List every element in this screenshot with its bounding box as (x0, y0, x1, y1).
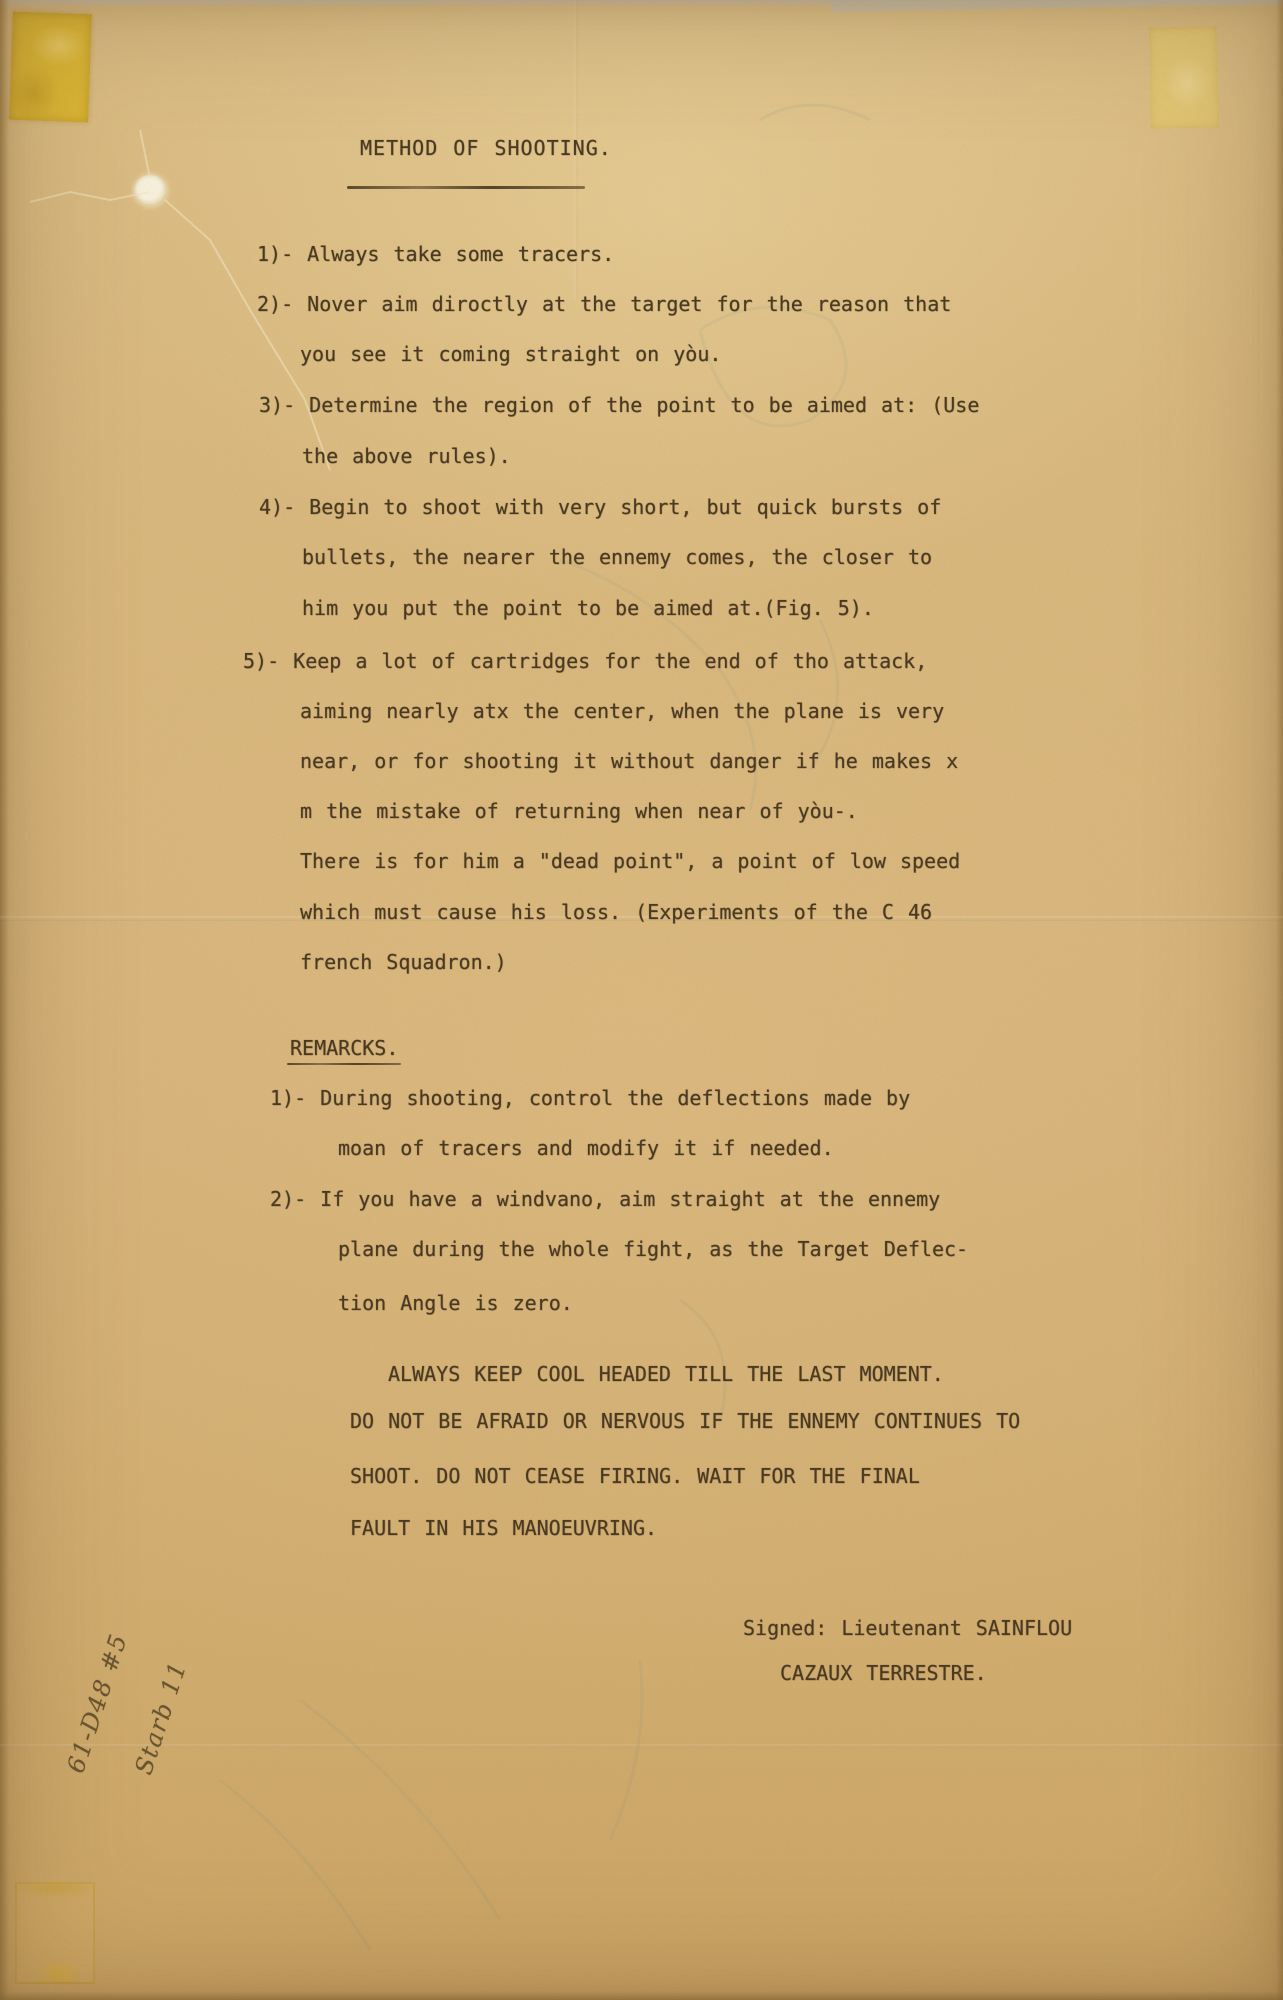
list-item-5-cont: which must cause his loss. (Experiments … (300, 901, 932, 924)
list-item-4-cont: him you put the point to be aimed at.(Fi… (302, 597, 874, 620)
scanned-document-page: METHOD OF SHOOTING. 1)- Always take some… (0, 0, 1283, 2000)
handwritten-note-line: Starb 11 (110, 1584, 218, 1832)
tape-top-right (1149, 26, 1219, 128)
signature-line: Signed: Lieutenant SAINFLOU (743, 1617, 1072, 1640)
heading-underline (347, 186, 585, 189)
handwritten-note: 61-D48 #5 Starb 11 (18, 1554, 280, 1852)
list-item-2: 2)- Nover aim diroctly at the target for… (257, 293, 951, 316)
list-item-5-cont: french Squadron.) (300, 951, 507, 974)
page-bottom-edge (0, 1991, 1283, 2000)
list-item-5-cont: There is for him a "dead point", a point… (300, 850, 960, 873)
remark-2-cont: plane during the whole fight, as the Tar… (338, 1238, 968, 1261)
list-item-3-cont: the above rules). (302, 445, 511, 468)
warning-line: ALWAYS KEEP COOL HEADED TILL THE LAST MO… (388, 1363, 944, 1386)
list-item-5: 5)- Keep a lot of cartridges for the end… (243, 650, 927, 673)
warning-line: SHOOT. DO NOT CEASE FIRING. WAIT FOR THE… (350, 1465, 920, 1488)
list-item-5-cont: aiming nearly atx the center, when the p… (300, 700, 944, 723)
document-heading: METHOD OF SHOOTING. (360, 137, 612, 160)
warning-line: DO NOT BE AFRAID OR NERVOUS IF THE ENNEM… (350, 1410, 1020, 1433)
warning-line: FAULT IN HIS MANOEUVRING. (350, 1517, 657, 1540)
handwritten-note-line: 61-D48 #5 (62, 1630, 133, 1776)
remark-2-cont: tion Angle is zero. (338, 1292, 573, 1315)
remark-2: 2)- If you have a windvano, aim straight… (270, 1188, 940, 1211)
remarks-underline (287, 1063, 401, 1065)
list-item-5-cont: near, or for shooting it without danger … (300, 750, 958, 773)
list-item-4: 4)- Begin to shoot with very short, but … (259, 496, 941, 519)
page-left-edge (0, 0, 9, 2000)
list-item-3: 3)- Determine the region of the point to… (259, 394, 979, 417)
signature-line: CAZAUX TERRESTRE. (780, 1662, 987, 1685)
tape-residue-bottom-left (15, 1882, 95, 1984)
remarks-heading: REMARCKS. (290, 1037, 398, 1060)
list-item-1: 1)- Always take some tracers. (257, 243, 614, 266)
list-item-2-cont: you see it coming straight on yòu. (300, 343, 721, 366)
tape-top-left (9, 12, 92, 123)
list-item-5-cont: m the mistake of returning when near of … (300, 800, 858, 823)
paper-hole (134, 175, 167, 206)
remark-1-cont: moan of tracers and modify it if needed. (338, 1137, 834, 1160)
list-item-4-cont: bullets, the nearer the ennemy comes, th… (302, 546, 932, 569)
page-right-edge (1276, 0, 1283, 2000)
remark-1: 1)- During shooting, control the deflect… (270, 1087, 910, 1110)
